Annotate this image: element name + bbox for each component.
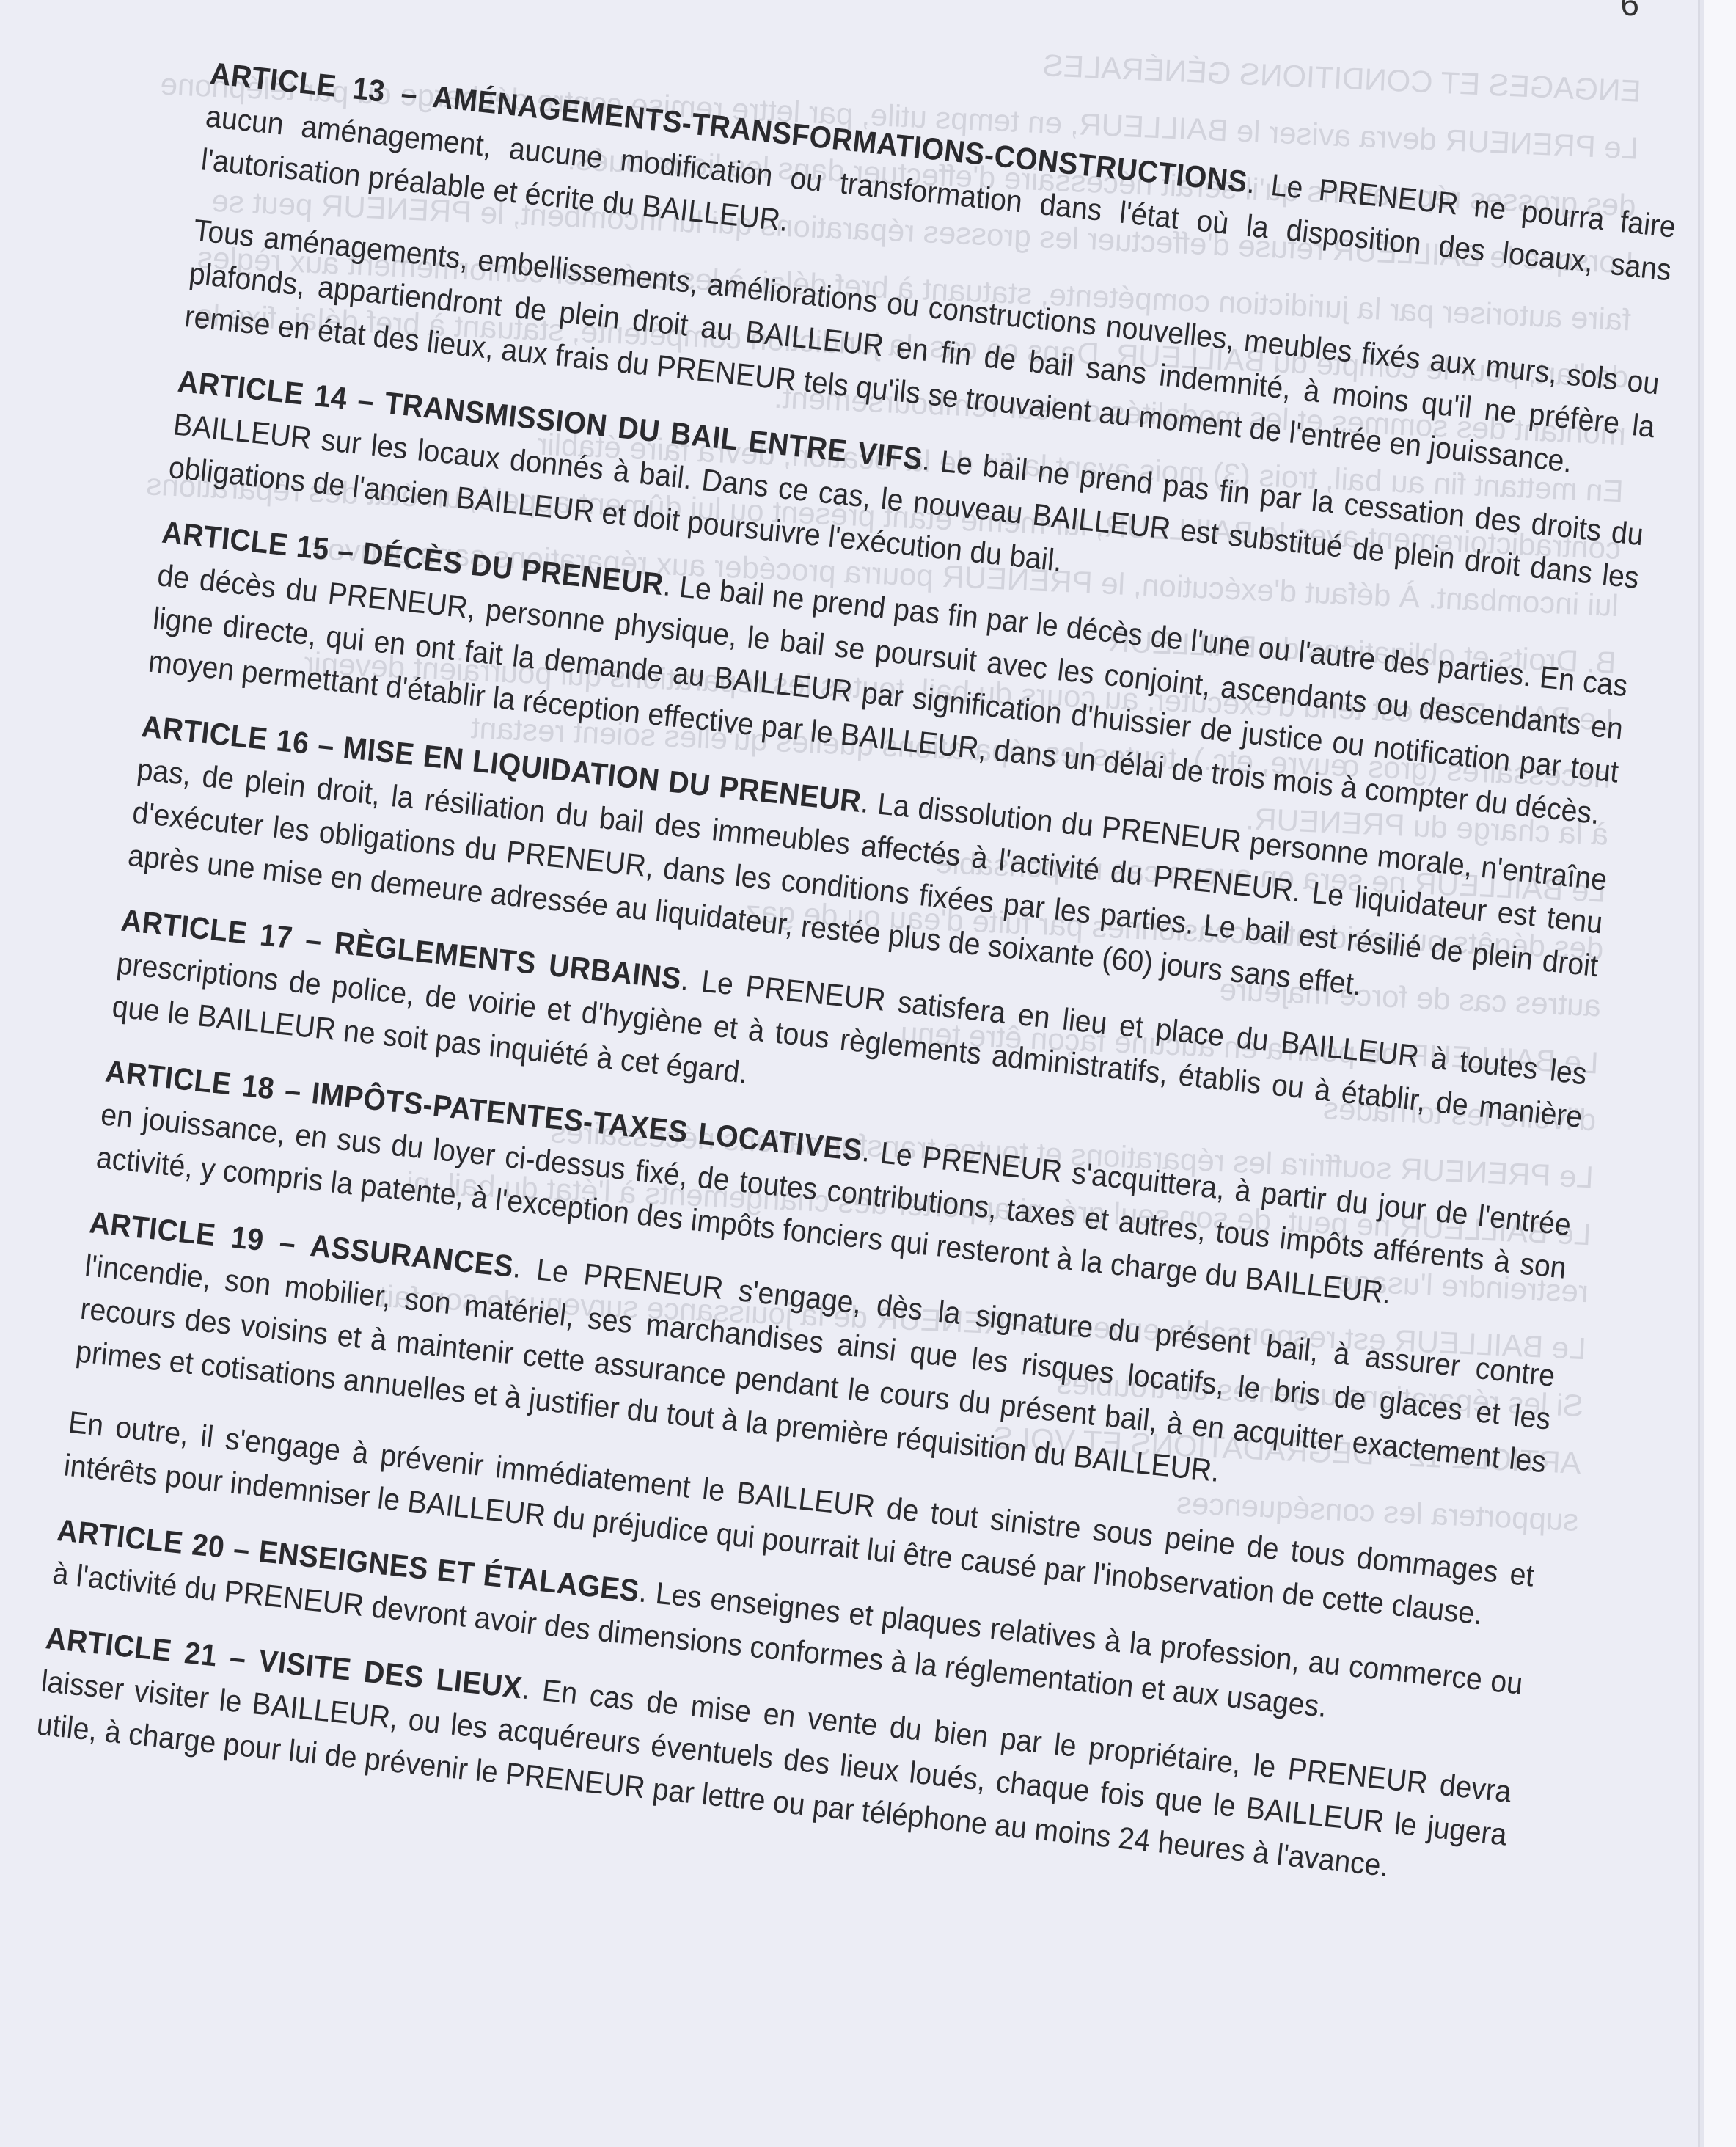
document-body: ARTICLE 13 – AMÉNAGEMENTS-TRANSFORMATION…	[32, 51, 1679, 1921]
scanned-page: 6 ENGAGES ET CONDITIONS GÉNÉRALES Le PRE…	[0, 0, 1700, 2147]
articles-list: ARTICLE 13 – AMÉNAGEMENTS-TRANSFORMATION…	[34, 51, 1678, 1899]
page-number: 6	[1620, 0, 1639, 23]
